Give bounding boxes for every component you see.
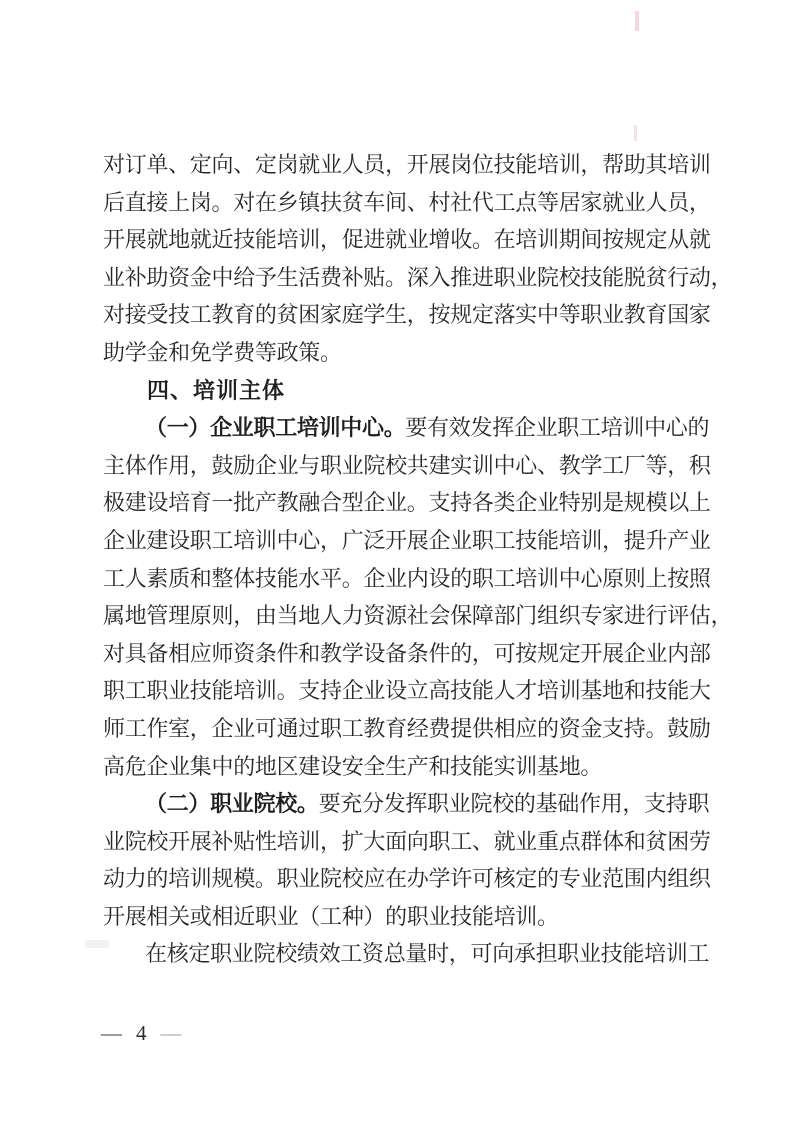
line-text: 极建设培育一批产教融合型企业。支持各类企业特别是规模以上 <box>103 490 711 515</box>
text-line: 开展就地就近技能培训，促进就业增收。在培训期间按规定从就 <box>103 221 723 259</box>
text-line: 对接受技工教育的贫困家庭学生，按规定落实中等职业教育国家 <box>103 296 723 334</box>
footer-right-dash: — <box>161 1021 182 1046</box>
text-line: 业院校开展补贴性培训，扩大面向职工、就业重点群体和贫困劳 <box>103 823 723 861</box>
text-line: 助学金和免学费等政策。 <box>103 334 723 372</box>
text-line: （二）职业院校。要充分发挥职业院校的基础作用，支持职 <box>103 785 723 823</box>
line-text: 业补助资金中给予生活费补贴。深入推进职业院校技能脱贫行动， <box>103 265 732 290</box>
line-text: 属地管理原则，由当地人力资源社会保障部门组织专家进行评估， <box>103 603 732 628</box>
line-text: 工人素质和整体技能水平。企业内设的职工培训中心原则上按照 <box>103 566 711 591</box>
bold-lead-text: （一）企业职工培训中心。 <box>145 415 405 440</box>
text-line: 工人素质和整体技能水平。企业内设的职工培训中心原则上按照 <box>103 560 723 598</box>
line-text: 开展相关或相近职业（工种）的职业技能培训。 <box>103 904 559 929</box>
text-line: 职工职业技能培训。支持企业设立高技能人才培训基地和技能大 <box>103 672 723 710</box>
line-text: 对具备相应师资条件和教学设备条件的，可按规定开展企业内部 <box>103 641 711 666</box>
page-number: 4 <box>136 1021 147 1046</box>
text-line: 高危企业集中的地区建设安全生产和技能实训基地。 <box>103 748 723 786</box>
line-text: 师工作室，企业可通过职工教育经费提供相应的资金支持。鼓励 <box>103 716 711 741</box>
text-line: 业补助资金中给予生活费补贴。深入推进职业院校技能脱贫行动， <box>103 259 723 297</box>
bold-lead-text: （二）职业院校。 <box>145 791 319 816</box>
text-line: （一）企业职工培训中心。要有效发挥企业职工培训中心的 <box>103 409 723 447</box>
text-line: 极建设培育一批产教融合型企业。支持各类企业特别是规模以上 <box>103 484 723 522</box>
text-line: 对具备相应师资条件和教学设备条件的，可按规定开展企业内部 <box>103 635 723 673</box>
page-footer: — 4 — <box>101 1018 182 1048</box>
footer-left-dash: — <box>101 1021 122 1046</box>
line-text: 企业建设职工培训中心，广泛开展企业职工技能培训，提升产业 <box>103 528 711 553</box>
document-page: 对订单、定向、定岗就业人员，开展岗位技能培训，帮助其培训后直接上岗。对在乡镇扶贫… <box>0 0 793 1122</box>
line-text: 助学金和免学费等政策。 <box>103 340 342 365</box>
line-text: 动力的培训规模。职业院校应在办学许可核定的专业范围内组织 <box>103 866 711 891</box>
text-line: 企业建设职工培训中心，广泛开展企业职工技能培训，提升产业 <box>103 522 723 560</box>
scan-artifact-pink-line <box>635 11 639 31</box>
text-line: 后直接上岗。对在乡镇扶贫车间、村社代工点等居家就业人员， <box>103 184 723 222</box>
line-text: 要有效发挥企业职工培训中心的 <box>405 415 709 440</box>
line-text: 对接受技工教育的贫困家庭学生，按规定落实中等职业教育国家 <box>103 302 711 327</box>
line-text: 高危企业集中的地区建设安全生产和技能实训基地。 <box>103 754 602 779</box>
section-heading: 四、培训主体 <box>103 372 723 410</box>
line-text: 对订单、定向、定岗就业人员，开展岗位技能培训，帮助其培训 <box>103 152 711 177</box>
line-text: 在核定职业院校绩效工资总量时，可向承担职业技能培训工 <box>145 941 709 966</box>
line-text: 后直接上岗。对在乡镇扶贫车间、村社代工点等居家就业人员， <box>103 190 711 215</box>
document-body: 对订单、定向、定岗就业人员，开展岗位技能培训，帮助其培训后直接上岗。对在乡镇扶贫… <box>103 146 723 973</box>
text-line: 主体作用，鼓励企业与职业院校共建实训中心、教学工厂等，积 <box>103 447 723 485</box>
line-text: 职工职业技能培训。支持企业设立高技能人才培训基地和技能大 <box>103 678 711 703</box>
text-line: 师工作室，企业可通过职工教育经费提供相应的资金支持。鼓励 <box>103 710 723 748</box>
text-line: 对订单、定向、定岗就业人员，开展岗位技能培训，帮助其培训 <box>103 146 723 184</box>
text-line: 开展相关或相近职业（工种）的职业技能培训。 <box>103 898 723 936</box>
line-text: 主体作用，鼓励企业与职业院校共建实训中心、教学工厂等，积 <box>103 453 711 478</box>
line-text: 开展就地就近技能培训，促进就业增收。在培训期间按规定从就 <box>103 227 711 252</box>
line-text: 要充分发挥职业院校的基础作用，支持职 <box>319 791 710 816</box>
line-text: 业院校开展补贴性培训，扩大面向职工、就业重点群体和贫困劳 <box>103 829 711 854</box>
text-line: 在核定职业院校绩效工资总量时，可向承担职业技能培训工 <box>103 935 723 973</box>
text-line: 属地管理原则，由当地人力资源社会保障部门组织专家进行评估， <box>103 597 723 635</box>
scan-artifact-pink-line <box>634 125 637 141</box>
line-text: 四、培训主体 <box>147 378 285 403</box>
text-line: 动力的培训规模。职业院校应在办学许可核定的专业范围内组织 <box>103 860 723 898</box>
